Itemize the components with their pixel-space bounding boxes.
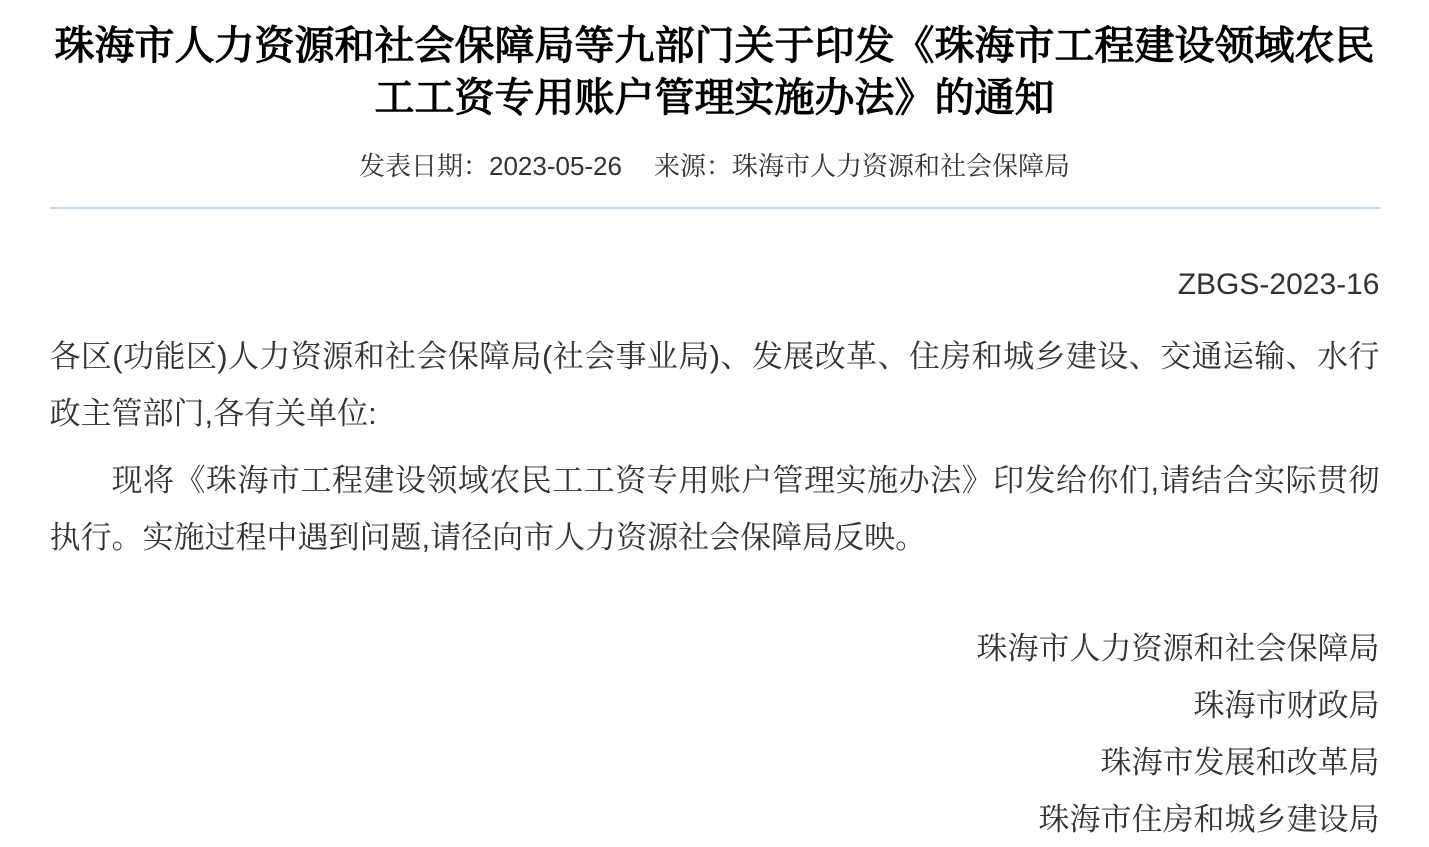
signature-line: 珠海市人力资源和社会保障局 <box>50 620 1380 677</box>
signature-line: 珠海市住房和城乡建设局 <box>50 791 1380 847</box>
signature-line: 珠海市财政局 <box>50 677 1380 734</box>
document-number: ZBGS-2023-16 <box>50 267 1380 302</box>
signature-line: 珠海市发展和改革局 <box>50 734 1380 791</box>
page-title: 珠海市人力资源和社会保障局等九部门关于印发《珠海市工程建设领域农民工工资专用账户… <box>50 20 1380 124</box>
salutation-paragraph: 各区(功能区)人力资源和社会保障局(社会事业局)、发展改革、住房和城乡建设、交通… <box>50 328 1380 442</box>
signature-block: 珠海市人力资源和社会保障局 珠海市财政局 珠海市发展和改革局 珠海市住房和城乡建… <box>50 620 1380 847</box>
source-value: 珠海市人力资源和社会保障局 <box>732 151 1070 181</box>
body-paragraph: 现将《珠海市工程建设领域农民工工资专用账户管理实施办法》印发给你们,请结合实际贯… <box>50 452 1380 566</box>
divider-line <box>50 207 1380 209</box>
publish-date-value: 2023-05-26 <box>489 151 622 181</box>
notice-page: 珠海市人力资源和社会保障局等九部门关于印发《珠海市工程建设领域农民工工资专用账户… <box>50 0 1380 847</box>
source-label: 来源： <box>654 151 732 181</box>
meta-line: 发表日期：2023-05-26来源：珠海市人力资源和社会保障局 <box>50 152 1380 180</box>
publish-date-label: 发表日期： <box>359 151 489 181</box>
document-content: ZBGS-2023-16 各区(功能区)人力资源和社会保障局(社会事业局)、发展… <box>50 267 1380 847</box>
